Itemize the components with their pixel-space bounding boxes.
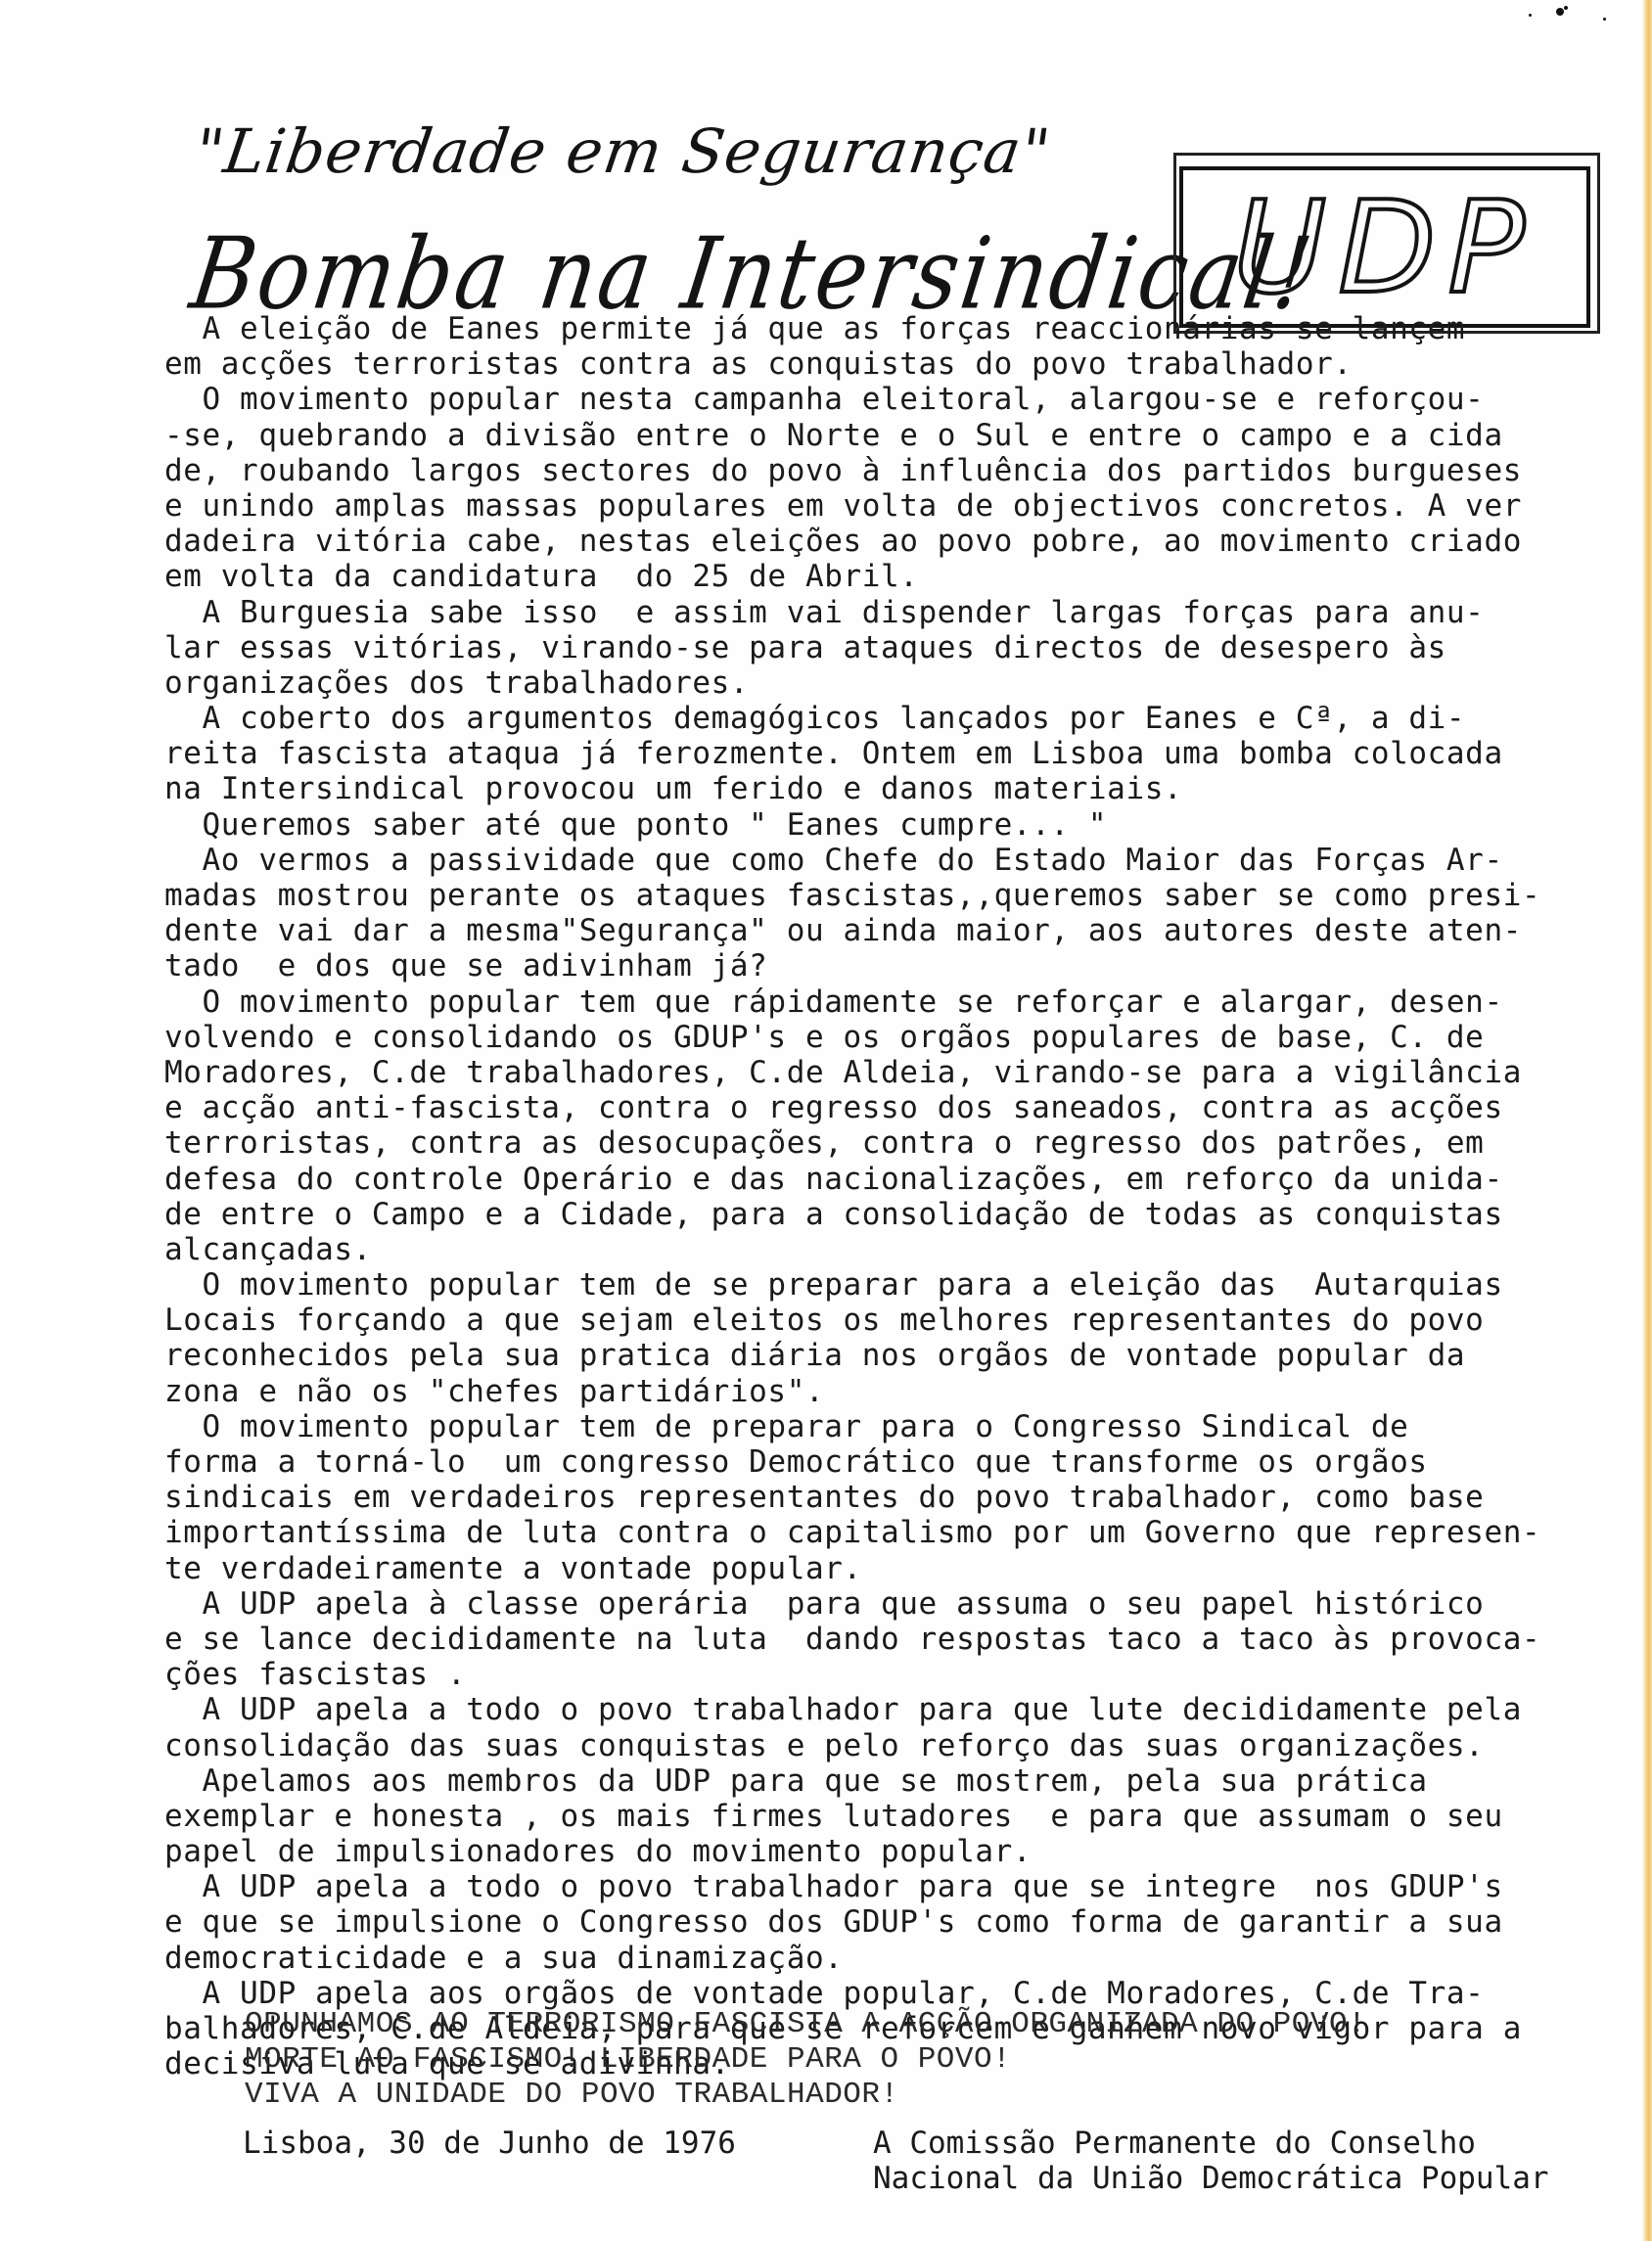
ink-specks [1527,4,1644,33]
body-line: A UDP apela aos orgãos de vontade popula… [164,1976,1632,2011]
body-line: na Intersindical provocou um ferido e da… [164,771,1632,806]
body-line: dadeira vitória cabe, nestas eleições ao… [164,524,1632,559]
body-line: O movimento popular tem de se preparar p… [164,1267,1632,1303]
body-line: e unindo amplas massas populares em volt… [164,488,1632,524]
slogan-line: VIVA A UNIDADE DO POVO TRABALHADOR! [245,2079,1366,2114]
body-line: lar essas vitórias, virando-se para ataq… [164,630,1632,665]
body-line: papel de impulsionadores do movimento po… [164,1834,1632,1869]
body-line: te verdadeiramente a vontade popular. [164,1551,1632,1586]
udp-logo: UDP [1179,166,1590,328]
body-line: volvendo e consolidando os GDUP's e os o… [164,1020,1632,1055]
body-line: A Burguesia sabe isso e assim vai dispen… [164,595,1632,630]
body-line: organizações dos trabalhadores. [164,665,1632,701]
body-line: tado e dos que se adivinham já? [164,948,1632,983]
signature: A Comissão Permanente do ConselhoNaciona… [873,2126,1549,2196]
body-line: de, roubando largos sectores do povo à i… [164,453,1632,488]
body-line: em acções terroristas contra as conquist… [164,346,1632,382]
slogan-line: OPUNHAMOS AO TERRORISMO FASCISTA A ACÇÃO… [245,2008,1366,2043]
body-line: sindicais em verdadeiros representantes … [164,1480,1632,1515]
body-line: e acção anti-fascista, contra o regresso… [164,1090,1632,1125]
body-line: Moradores, C.de trabalhadores, C.de Alde… [164,1055,1632,1090]
body-line: A UDP apela a todo o povo trabalhador pa… [164,1869,1632,1904]
body-line: reconhecidos pela sua pratica diária nos… [164,1338,1632,1373]
body-line: madas mostrou perante os ataques fascist… [164,878,1632,913]
body-line: forma a torná-lo um congresso Democrátic… [164,1444,1632,1480]
body-line: ções fascistas . [164,1657,1632,1692]
body-line: e que se impulsione o Congresso dos GDUP… [164,1904,1632,1940]
body-line: em volta da candidatura do 25 de Abril. [164,559,1632,594]
body-line: importantíssima de luta contra o capital… [164,1515,1632,1550]
body-line: de entre o Campo e a Cidade, para a cons… [164,1197,1632,1232]
handwritten-subtitle: "Liberdade em Segurança" [191,115,1055,187]
body-line: democraticidade e a sua dinamização. [164,1941,1632,1976]
body-line: reita fascista ataqua já ferozmente. Ont… [164,736,1632,771]
paper-stain [1642,0,1652,2241]
leaflet-page: "Liberdade em Segurança" Bomba na Inters… [0,0,1652,2241]
body-line: Apelamos aos membros da UDP para que se … [164,1763,1632,1799]
body-line: A UDP apela a todo o povo trabalhador pa… [164,1692,1632,1727]
body-line: zona e não os "chefes partidários". [164,1374,1632,1409]
body-line: -se, quebrando a divisão entre o Norte e… [164,418,1632,453]
body-line: Locais forçando a que sejam eleitos os m… [164,1303,1632,1338]
body-line: alcançadas. [164,1232,1632,1267]
body-text: A eleição de Eanes permite já que as for… [164,311,1632,2081]
signature-line: A Comissão Permanente do Conselho [873,2126,1549,2161]
signature-line: Nacional da União Democrática Popular [873,2161,1549,2196]
body-line: Queremos saber até que ponto " Eanes cum… [164,807,1632,843]
body-line: A UDP apela à classe operária para que a… [164,1586,1632,1622]
body-line: A coberto dos argumentos demagógicos lan… [164,701,1632,736]
body-line: O movimento popular tem que rápidamente … [164,984,1632,1020]
slogan-line: MORTE AO FASCISMO! LIBERDADE PARA O POVO… [245,2043,1366,2079]
slogans: OPUNHAMOS AO TERRORISMO FASCISTA A ACÇÃO… [245,2008,1366,2115]
body-line: consolidação das suas conquistas e pelo … [164,1728,1632,1763]
place-date: Lisboa, 30 de Junho de 1976 [243,2126,736,2161]
udp-logo-text: UDP [1183,170,1586,324]
body-line: dente vai dar a mesma"Segurança" ou aind… [164,913,1632,948]
body-line: defesa do controle Operário e das nacion… [164,1162,1632,1197]
body-line: e se lance decididamente na luta dando r… [164,1622,1632,1657]
body-line: A eleição de Eanes permite já que as for… [164,311,1632,346]
body-line: O movimento popular tem de preparar para… [164,1409,1632,1444]
body-line: Ao vermos a passividade que como Chefe d… [164,843,1632,878]
body-line: exemplar e honesta , os mais firmes luta… [164,1799,1632,1834]
body-line: terroristas, contra as desocupações, con… [164,1125,1632,1161]
body-line: O movimento popular nesta campanha eleit… [164,382,1632,417]
